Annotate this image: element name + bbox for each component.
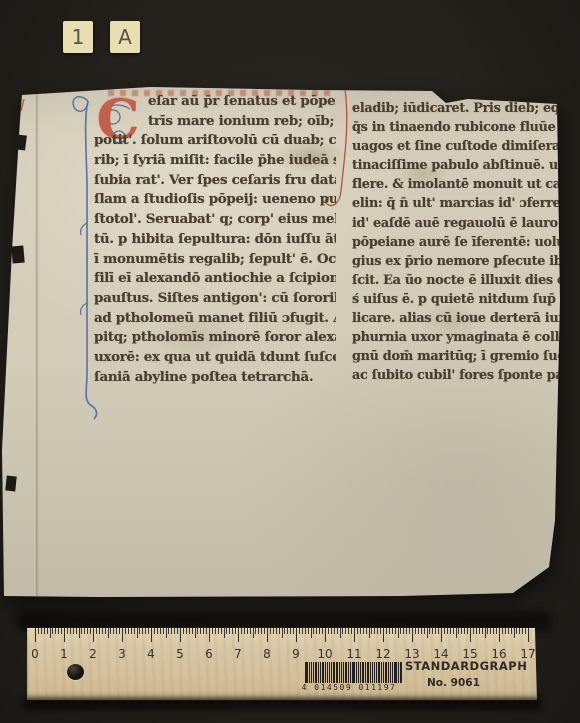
- ruler-tick: [52, 628, 53, 634]
- ruler-number: 12: [375, 647, 390, 661]
- ruler-tick: [482, 628, 483, 634]
- ruler-tick: [160, 628, 161, 634]
- ruler-number: 1: [60, 647, 68, 661]
- ruler-tick: [105, 628, 106, 634]
- ruler-tick: [490, 628, 491, 634]
- ruler-tick: [331, 628, 332, 634]
- ruler-tick: [137, 628, 138, 638]
- ruler-tick: [296, 628, 297, 642]
- ruler-tick: [261, 628, 262, 634]
- ruler-number: 8: [263, 647, 271, 661]
- ruler-tick: [142, 628, 143, 634]
- manuscript-page-shadow: C eſar aū p̄r ſenatus et pōpeij fugātrīs…: [0, 73, 562, 600]
- ruler-tick: [508, 628, 509, 634]
- ruler-tick: [267, 628, 268, 642]
- manuscript-text-line: ſaniā abyline poſtea tetrarchā. oſb: [94, 369, 336, 389]
- ruler-tick: [61, 628, 62, 634]
- ruler-tick: [192, 628, 193, 634]
- ruler-tick: [186, 628, 187, 634]
- manuscript-text-line: q̄s in tinaendo rubicone fluūe ɔſec: [352, 120, 560, 139]
- ruler-tick: [35, 628, 36, 642]
- ruler-tick: [183, 628, 184, 634]
- ruler-tick: [122, 628, 123, 642]
- manuscript-text-line: pitq; ptholomīs minorē ſoror alexandrā: [94, 329, 336, 349]
- ruler-tick: [197, 628, 198, 634]
- ruler-tick: [229, 628, 230, 634]
- ruler-tick: [70, 628, 71, 634]
- ruler-tick: [38, 628, 39, 634]
- ruler-tick: [76, 628, 77, 634]
- manuscript-text-line: potit'. ſolum ariſtovolū cū duab; coho: [94, 132, 336, 152]
- ruler-tick: [313, 628, 314, 634]
- ruler-tick: [58, 628, 59, 634]
- ruler-tick: [363, 628, 364, 634]
- ruler-tick: [493, 628, 494, 634]
- manuscript-text-line: eſar aū p̄r ſenatus et pōpeij fugā: [94, 93, 336, 113]
- ruler-tick: [203, 628, 204, 634]
- manuscript-text-line: ac ſubito cubil' fores ſponte pan: [352, 368, 560, 387]
- ruler-tick: [163, 628, 164, 634]
- manuscript-text-line: uagos et ſine cuſtode dimiſerat: [352, 139, 560, 158]
- ruler: 01234567891011121314151617 4 014509 0111…: [27, 628, 537, 700]
- ruler-tick: [64, 628, 65, 642]
- ruler-tick: [322, 628, 323, 634]
- ruler-number: 2: [89, 647, 97, 661]
- fragment-letter-label: A: [118, 25, 132, 49]
- ruler-tick: [55, 628, 56, 634]
- binding-notch: [15, 134, 27, 150]
- ruler-tick: [345, 628, 346, 634]
- ruler-tick: [255, 628, 256, 634]
- ruler-tick: [209, 628, 210, 642]
- ruler-tick: [357, 628, 358, 634]
- ruler-number: 3: [118, 647, 126, 661]
- ruler-tick: [189, 628, 190, 634]
- ruler-tick: [438, 628, 439, 634]
- ruler-tick: [250, 628, 251, 634]
- binding-notch: [11, 246, 24, 264]
- ruler-tick: [351, 628, 352, 634]
- manuscript-text-line: ſtotol'. Seruabat' q; corp' eius melle ɔ…: [94, 211, 336, 231]
- binding-crease: [34, 87, 39, 597]
- ruler-tick: [487, 628, 488, 634]
- ruler-tick: [79, 628, 80, 638]
- ruler-tick: [93, 628, 94, 642]
- ruler-tick: [406, 628, 407, 634]
- ruler-brand: STANDARDGRAPH: [405, 659, 535, 673]
- ruler-tick: [195, 628, 196, 638]
- ruler-tick: [427, 628, 428, 638]
- ruler-tick: [226, 628, 227, 634]
- ruler-tick: [41, 628, 42, 634]
- ruler-tick: [293, 628, 294, 634]
- ruler-tick: [81, 628, 82, 634]
- ruler-tick: [525, 628, 526, 634]
- ruler-tick: [131, 628, 132, 634]
- ruler-tick: [328, 628, 329, 634]
- ruler-tick: [360, 628, 361, 634]
- fragment-letter-tile: A: [110, 21, 140, 53]
- ruler-tick: [354, 628, 355, 642]
- ruler-tick: [374, 628, 375, 634]
- ruler-tick: [44, 628, 45, 634]
- ruler-tick: [119, 628, 120, 634]
- ruler-tick: [284, 628, 285, 634]
- manuscript-text-line: gnū dom̄ maritūq; ī gremio ſuo: [352, 349, 560, 368]
- ruler-tick: [108, 628, 109, 638]
- ruler-tick: [302, 628, 303, 634]
- ruler-tick: [342, 628, 343, 634]
- ruler-tick: [499, 628, 500, 642]
- ruler-hole: [67, 664, 84, 680]
- ruler-tick: [429, 628, 430, 634]
- fragment-number-label: 1: [72, 25, 85, 49]
- ruler-tick: [502, 628, 503, 634]
- ruler-shadow: [24, 697, 540, 710]
- ruler-tick: [134, 628, 135, 634]
- ruler-tick: [50, 628, 51, 638]
- ruler-tick: [348, 628, 349, 634]
- ruler-barcode: 4 014509 011197: [301, 662, 397, 693]
- ruler-tick: [154, 628, 155, 634]
- ruler-tick: [253, 628, 254, 638]
- ruler-tick: [287, 628, 288, 634]
- ruler-tick: [371, 628, 372, 634]
- ruler-tick: [148, 628, 149, 634]
- ruler-tick: [308, 628, 309, 634]
- ruler-tick: [432, 628, 433, 634]
- ruler-tick: [232, 628, 233, 634]
- ruler-model: No. 9061: [427, 677, 517, 689]
- ruler-tick: [479, 628, 480, 634]
- ruler-tick: [400, 628, 401, 634]
- ruler-tick: [380, 628, 381, 634]
- ruler-tick: [409, 628, 410, 634]
- ruler-number: 7: [234, 647, 242, 661]
- ruler-tick: [151, 628, 152, 642]
- text-column-left: eſar aū p̄r ſenatus et pōpeij fugātrīs m…: [94, 93, 336, 388]
- ruler-number: 10: [317, 647, 332, 661]
- ruler-tick: [200, 628, 201, 634]
- ruler-number: 5: [176, 647, 184, 661]
- manuscript-text-line: flere. & imolantē monuit ut ca: [352, 177, 560, 196]
- ruler-tick: [340, 628, 341, 638]
- ruler-tick: [424, 628, 425, 634]
- ruler-tick: [90, 628, 91, 634]
- ruler-tick: [514, 628, 515, 638]
- manuscript-text-line: rib; ī ſyriā miſit: facile p̄he iudeā ś …: [94, 152, 336, 172]
- ruler-tick: [99, 628, 100, 634]
- ruler-tick: [212, 628, 213, 634]
- manuscript-text-line: pōpeiane aurē ſe īferentē: uoluc: [352, 235, 560, 254]
- ruler-tick: [84, 628, 85, 634]
- ruler-tick: [522, 628, 523, 634]
- ruler-tick: [67, 628, 68, 634]
- manuscript-text-line: id' eaſdē auē regauolū ē lauro ta: [352, 216, 560, 235]
- ruler-tick: [139, 628, 140, 634]
- manuscript-text-line: licare. alias cū ioue derterā iung: [352, 311, 560, 330]
- fragment-number-tile: 1: [63, 21, 93, 53]
- ruler-tick: [73, 628, 74, 634]
- ruler-tick: [403, 628, 404, 634]
- ruler-tick: [470, 628, 471, 642]
- ruler-tick: [128, 628, 129, 634]
- ruler-tick: [177, 628, 178, 634]
- ruler-tick: [435, 628, 436, 634]
- ruler-tick: [473, 628, 474, 634]
- ruler-tick: [464, 628, 465, 634]
- ruler-tick: [218, 628, 219, 634]
- ruler-number: 11: [346, 647, 361, 661]
- ruler-tick: [444, 628, 445, 634]
- ruler-tick: [412, 628, 413, 642]
- ruler-tick: [418, 628, 419, 634]
- ruler-tick: [485, 628, 486, 638]
- ruler-tick: [476, 628, 477, 634]
- ruler-tick: [290, 628, 291, 634]
- ruler-tick: [369, 628, 370, 638]
- ruler-tick: [276, 628, 277, 634]
- ruler-tick: [273, 628, 274, 634]
- ruler-tick: [166, 628, 167, 638]
- manuscript-text-line: uxorē: ex qua ut quidā tdunt ſuſcepit ly: [94, 349, 336, 369]
- ruler-tick: [87, 628, 88, 634]
- ruler-tick: [299, 628, 300, 634]
- ruler-tick: [174, 628, 175, 634]
- ruler-tick: [145, 628, 146, 634]
- ruler-tick: [215, 628, 216, 634]
- manuscript-text-line: filī eī alexandō antiochie a ſcipione ſe…: [94, 270, 336, 290]
- ruler-number: 0: [31, 647, 39, 661]
- ruler-tick: [415, 628, 416, 634]
- ruler-number: 9: [292, 647, 300, 661]
- ruler-tick: [264, 628, 265, 634]
- ruler-tick: [511, 628, 512, 634]
- ruler-tick: [110, 628, 111, 634]
- ruler-tick: [450, 628, 451, 634]
- ruler-tick: [519, 628, 520, 634]
- ruler-tick: [398, 628, 399, 638]
- ruler-tick: [319, 628, 320, 634]
- ruler-tick: [224, 628, 225, 638]
- manuscript-text-line: tū. p hibita ſepultura: dōn iuſſu ātonij: [94, 231, 336, 251]
- ruler-tick: [235, 628, 236, 634]
- ruler-shadow: [18, 611, 550, 630]
- ruler-tick: [505, 628, 506, 634]
- ruler-tick: [456, 628, 457, 638]
- ruler-tick: [258, 628, 259, 634]
- manuscript-text-line: ī monumētis regalib; ſepult' ē. Occidit …: [94, 251, 336, 271]
- ruler-tick: [389, 628, 390, 634]
- ruler-tick: [279, 628, 280, 634]
- manuscript-text-line: phurnia uxor ymaginata ē colla: [352, 330, 560, 349]
- ruler-tick: [383, 628, 384, 642]
- ruler-tick: [366, 628, 367, 634]
- ruler-tick: [377, 628, 378, 634]
- ruler-tick: [458, 628, 459, 634]
- manuscript-text-line: ad ptholomeū manet filiū ɔfugit. Acce: [94, 310, 336, 330]
- ruler-tick: [102, 628, 103, 634]
- ruler-tick: [316, 628, 317, 634]
- ruler-tick: [334, 628, 335, 634]
- ruler-tick: [282, 628, 283, 638]
- ruler-tick: [421, 628, 422, 634]
- ruler-tick: [496, 628, 497, 634]
- text-column-right: eladib; iūdicaret. Pris dieb; eqq̄s in t…: [352, 101, 560, 387]
- ruler-number: 6: [205, 647, 213, 661]
- ruler-tick: [447, 628, 448, 634]
- manuscript-text-line: pauſtus. Siſtes antigon': cū ſororib; ſu…: [94, 290, 336, 310]
- ruler-tick: [180, 628, 181, 642]
- ruler-tick: [244, 628, 245, 634]
- barcode-digits: 4 014509 011197: [301, 683, 397, 692]
- ruler-tick: [305, 628, 306, 634]
- ruler-tick: [47, 628, 48, 634]
- ruler-number: 4: [147, 647, 155, 661]
- manuscript-text-line: eladib; iūdicaret. Pris dieb; eq: [352, 101, 560, 120]
- ruler-tick: [392, 628, 393, 634]
- ruler-tick: [125, 628, 126, 634]
- ruler-tick: [157, 628, 158, 634]
- manuscript-text-line: ſlam a ſtudioſis pōpeij: ueneno pur an: [94, 191, 336, 211]
- ruler-tick: [441, 628, 442, 642]
- manuscript-text-line: ſubia rat'. Ver ſpes ceſaris fru data eſ…: [94, 172, 336, 192]
- ruler-tick: [311, 628, 312, 638]
- ruler-tick: [528, 628, 529, 642]
- manuscript-text-line: tinaciſſime pabulo abſtinuē. ubī: [352, 158, 560, 177]
- ruler-tick: [241, 628, 242, 634]
- ruler-tick: [113, 628, 114, 634]
- ruler-tick: [270, 628, 271, 634]
- ruler-tick: [467, 628, 468, 634]
- manuscript-text-line: ſcit. Ea ūo nocte ē illuxit dies ced: [352, 273, 560, 292]
- ruler-tick: [325, 628, 326, 642]
- ruler-tick: [516, 628, 517, 634]
- manuscript-text-line: gius ex p̄rio nemore pſecute ibi: [352, 254, 560, 273]
- ruler-tick: [206, 628, 207, 634]
- ruler-tick: [168, 628, 169, 634]
- ruler-tick: [337, 628, 338, 634]
- ruler-tick: [171, 628, 172, 634]
- binding-notch: [5, 476, 17, 492]
- ruler-tick: [386, 628, 387, 634]
- ruler-tick: [453, 628, 454, 634]
- ruler-tick: [461, 628, 462, 634]
- manuscript-text-line: ś uiſus ē. p quietē nitdum ſup̄ na: [352, 292, 560, 311]
- manuscript-text-line: trīs mare ionium reb; oīb; romāq;: [94, 113, 336, 133]
- ruler-tick: [116, 628, 117, 634]
- ruler-tick: [395, 628, 396, 634]
- manuscript-page: C eſar aū p̄r ſenatus et pōpeij fugātrīs…: [0, 73, 562, 600]
- manuscript-text-line: elin: q̄ n̄ ult' marcias id' ɔferret: [352, 196, 560, 215]
- ruler-tick: [238, 628, 239, 642]
- ruler-tick: [247, 628, 248, 634]
- ruler-tick: [96, 628, 97, 634]
- ruler-tick: [221, 628, 222, 634]
- barcode-bars: [305, 662, 403, 683]
- photograph-background: 1 A C: [0, 0, 580, 723]
